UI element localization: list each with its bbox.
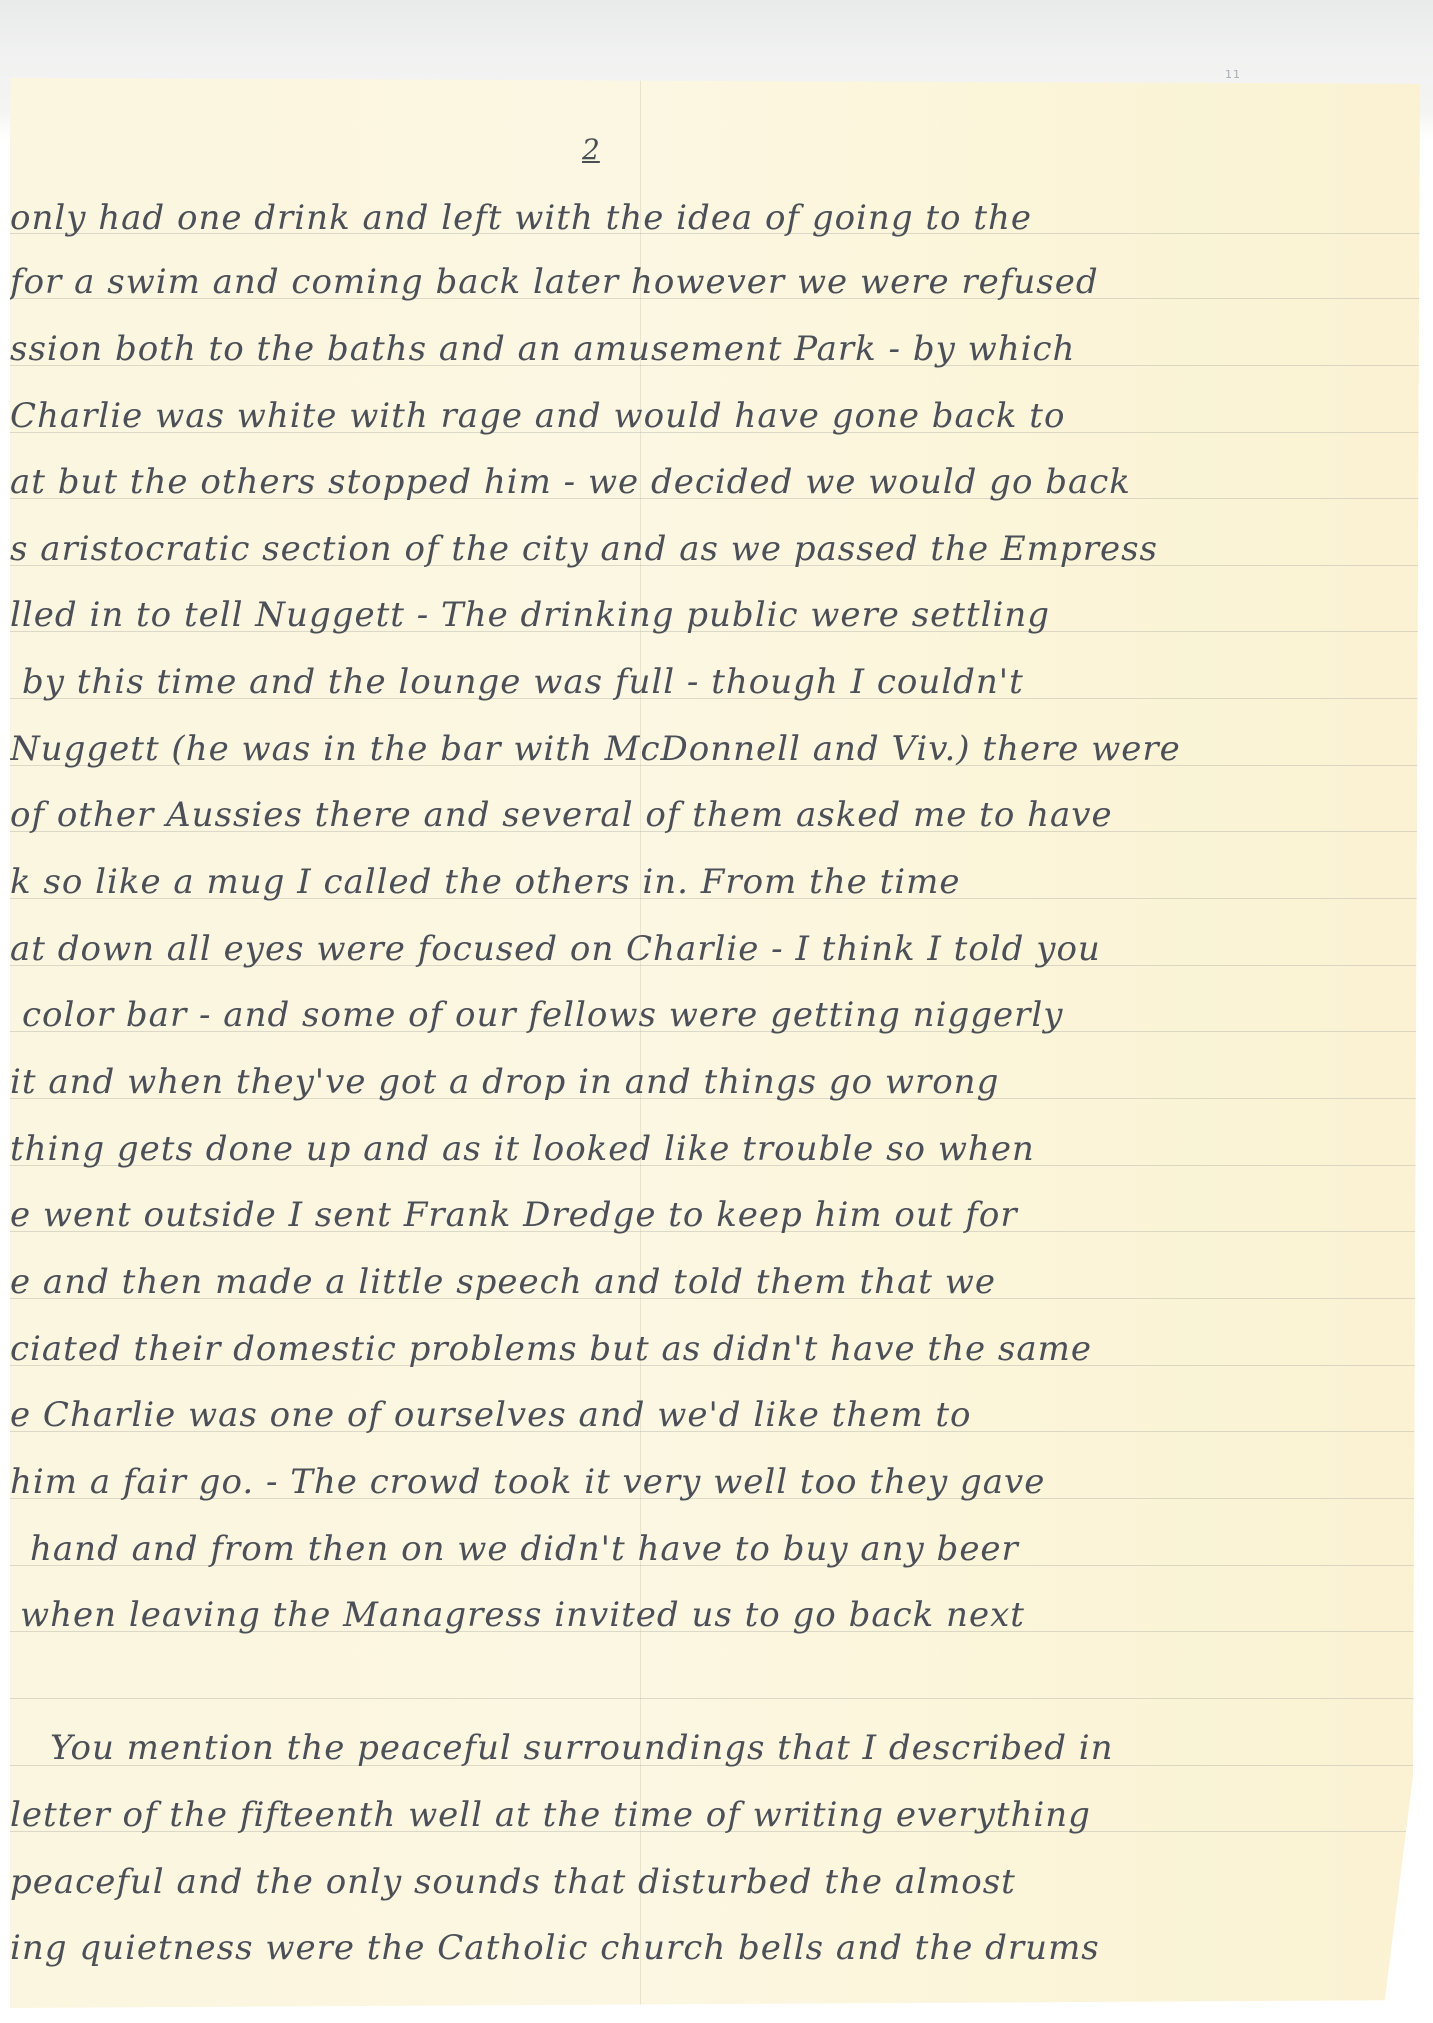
text-line: lled in to tell Nuggett - The drinking p… [10, 595, 1050, 635]
text-line: letter of the fifteenth well at the time… [10, 1795, 1091, 1835]
text-line: it and when they've got a drop in and th… [10, 1062, 999, 1102]
text-line: by this time and the lounge was full - t… [22, 662, 1024, 702]
text-line: hand and from then on we didn't have to … [30, 1529, 1019, 1569]
text-line: ssion both to the baths and an amusement… [10, 329, 1075, 369]
text-line: k so like a mug I called the others in. … [10, 862, 960, 902]
rule-line [10, 1698, 1420, 1699]
text-line: s aristocratic section of the city and a… [10, 529, 1158, 569]
text-line: color bar - and some of our fellows were… [22, 995, 1063, 1035]
corner-mark: 11 [1225, 68, 1241, 81]
letter-page: 2 only had one drink and left with the i… [10, 78, 1420, 2008]
text-line: e went outside I sent Frank Dredge to ke… [10, 1195, 1018, 1235]
page-number: 2 [582, 133, 600, 166]
text-line: of other Aussies there and several of th… [10, 795, 1113, 835]
text-line: peaceful and the only sounds that distur… [10, 1862, 1016, 1902]
text-line: at down all eyes were focused on Charlie… [10, 929, 1101, 969]
text-line: thing gets done up and as it looked like… [10, 1129, 1035, 1169]
text-line: for a swim and coming back later however… [10, 262, 1099, 302]
text-line: only had one drink and left with the ide… [10, 198, 1032, 238]
text-line: at but the others stopped him - we decid… [10, 462, 1131, 502]
text-line: ciated their domestic problems but as di… [10, 1329, 1092, 1369]
text-line: You mention the peaceful surroundings th… [50, 1728, 1114, 1768]
text-line: him a fair go. - The crowd took it very … [10, 1462, 1045, 1502]
text-line: e Charlie was one of ourselves and we'd … [10, 1395, 972, 1435]
text-line: Charlie was white with rage and would ha… [10, 396, 1065, 436]
text-line: e and then made a little speech and told… [10, 1262, 996, 1302]
text-line: when leaving the Managress invited us to… [20, 1595, 1025, 1635]
text-line: Nuggett (he was in the bar with McDonnel… [10, 729, 1181, 769]
text-line: ing quietness were the Catholic church b… [10, 1928, 1100, 1968]
